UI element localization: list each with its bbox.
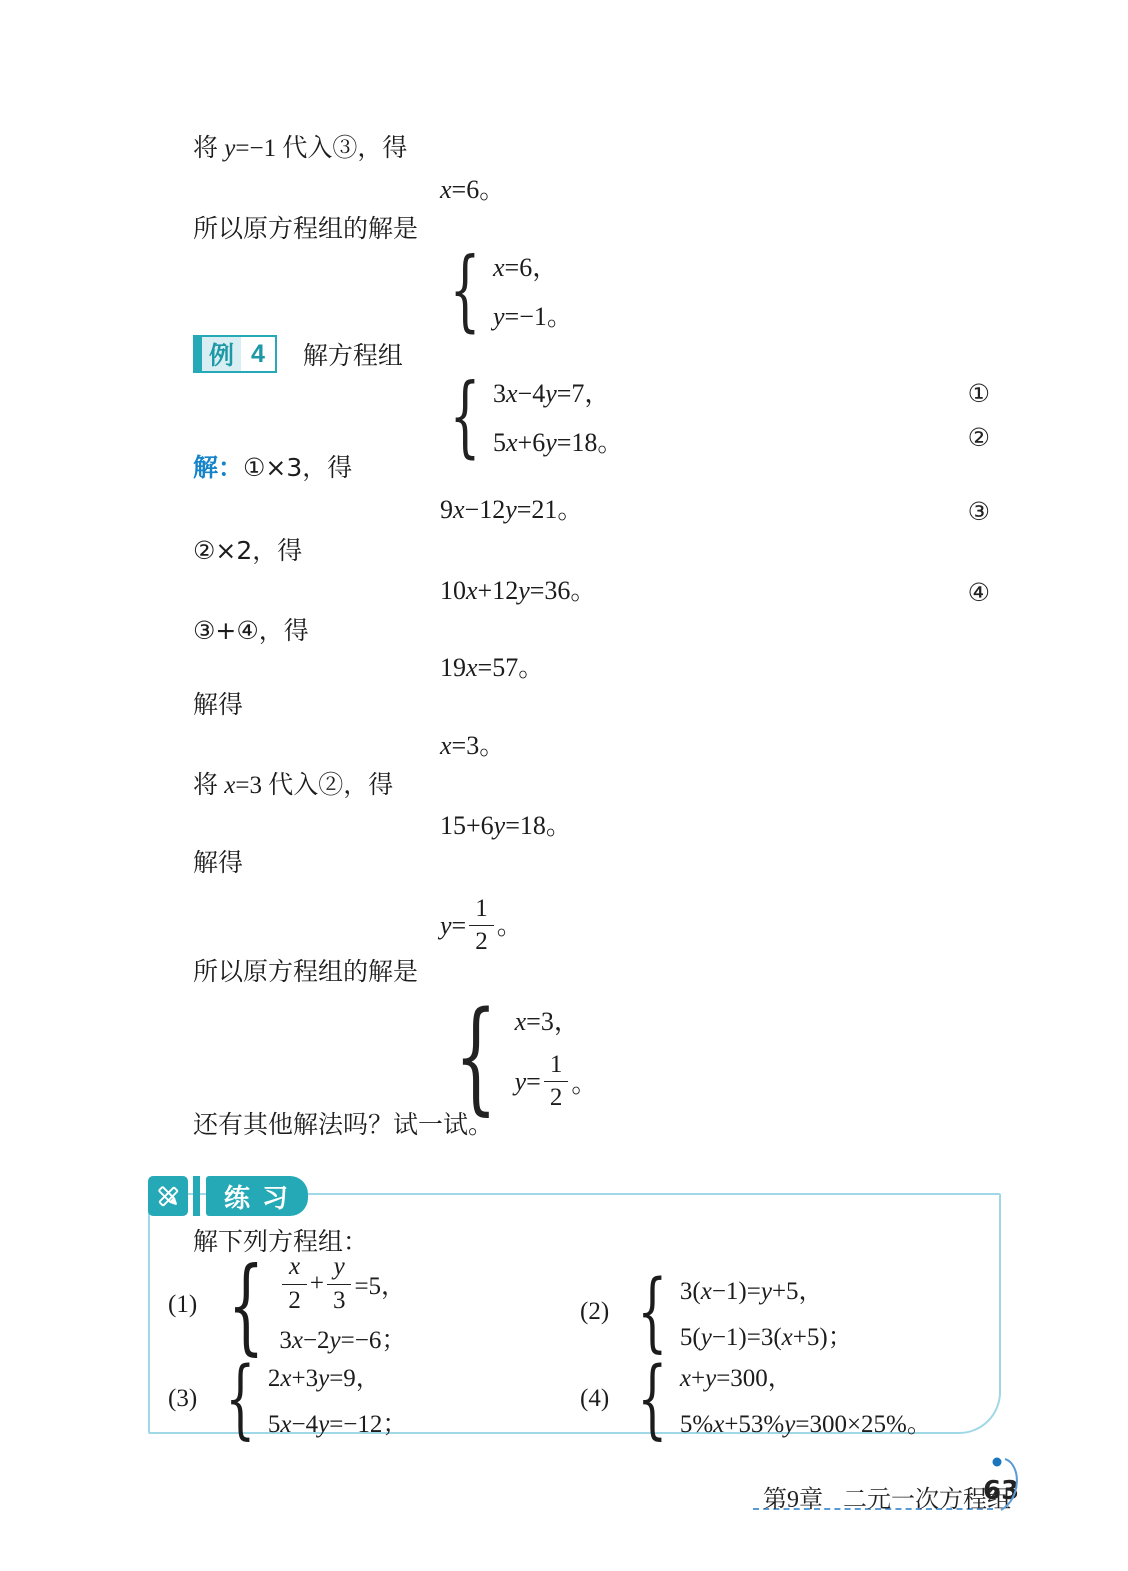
example-title: 解方程组 — [303, 336, 403, 372]
example-badge-label: 例 — [202, 337, 241, 371]
example-badge: 例 4 — [193, 335, 277, 373]
tab-separator — [193, 1176, 200, 1216]
fraction-denominator: 2 — [469, 925, 494, 955]
equation-number-2: ② — [968, 422, 990, 454]
left-brace: { — [228, 1253, 264, 1357]
equation-tail: =5， — [354, 1266, 406, 1302]
system1-line1: x=6， — [493, 247, 573, 284]
item2-line1: 3(x−1)=y+5， — [680, 1271, 853, 1307]
paragraph-substitute-x: 将 x=3 代入②，得 — [193, 770, 393, 802]
item-label: (2) — [580, 1298, 609, 1326]
item3-line1: 2x+3y=9， — [268, 1358, 408, 1394]
equation-3: 9x−12y=21。 — [440, 494, 583, 526]
item4-line1: x+y=300， — [680, 1358, 932, 1394]
paragraph-substitute-y: 将 y=−1 代入③，得 — [193, 133, 407, 165]
item-label: (4) — [580, 1385, 609, 1413]
paragraph-solution-intro-2: 所以原方程组的解是 — [193, 957, 418, 989]
footer-arc-icon — [1001, 1459, 1017, 1510]
fraction: 1 2 — [469, 896, 494, 956]
system3-line1: x=3， — [515, 1001, 598, 1038]
paragraph-solve-step2: ②×2，得 — [193, 535, 302, 567]
left-brace: { — [454, 995, 497, 1117]
paragraph-solution-intro: 所以原方程组的解是 — [193, 214, 418, 246]
paragraph-solve-get-1: 解得 — [193, 690, 243, 722]
equation-row: 19x=57。 — [0, 652, 1128, 686]
item4-line2: 5%x+53%y=300×25%。 — [680, 1404, 932, 1440]
example-header: 例 4 解方程组 — [193, 335, 403, 373]
paragraph-try-other-methods: 还有其他解法吗？试一试。 — [193, 1110, 493, 1142]
practice-tab: 练习 — [148, 1176, 308, 1216]
paragraph-add-equations: ③+④，得 — [193, 615, 309, 647]
equation-y-half: y= 1 2 。 — [440, 896, 523, 956]
system2-line1: 3x−4y=7， — [493, 373, 623, 410]
textbook-page: 将 y=−1 代入③，得 x=6。 所以原方程组的解是 { x=6， y=−1。… — [0, 0, 1128, 1571]
equation-x-equals-6: x=6。 — [440, 174, 505, 206]
fraction-denominator: 2 — [544, 1081, 569, 1111]
equation-row: 10x+12y=36。 — [0, 575, 1128, 609]
system-solution-1: { x=6， y=−1。 — [437, 246, 573, 334]
pencil-ruler-icon — [148, 1176, 188, 1216]
equation-row: x=6。 — [0, 174, 1128, 208]
fraction: 1 2 — [544, 1052, 569, 1112]
practice-item-4: (4) { x+y=300， 5%x+53%y=300×25%。 — [580, 1356, 932, 1442]
paragraph-solve-get-2: 解得 — [193, 848, 243, 880]
fraction: x 2 — [282, 1254, 307, 1314]
item1-line1: x 2 + y 3 =5， — [279, 1254, 406, 1314]
system3-line2: y= 1 2 。 — [515, 1052, 598, 1112]
system-example4: { 3x−4y=7， 5x+6y=18。 — [437, 372, 623, 460]
practice-item-3: (3) { 2x+3y=9， 5x−4y=−12； — [168, 1356, 407, 1442]
system2-line2: 5x+6y=18。 — [493, 422, 623, 459]
plus-sign: + — [310, 1270, 324, 1298]
equation-number-1: ① — [968, 378, 990, 410]
equation-x-equals-3: x=3。 — [440, 730, 505, 762]
fraction-numerator: y — [328, 1254, 351, 1283]
fraction: y 3 — [327, 1254, 352, 1314]
fraction-prefix: y= — [515, 1067, 541, 1097]
left-brace: { — [637, 1356, 667, 1442]
badge-accent-bar — [195, 337, 202, 371]
example-badge-number: 4 — [241, 337, 275, 371]
practice-item-1: (1) { x 2 + y 3 =5， 3x−2y=−6； — [168, 1253, 406, 1357]
fraction-numerator: x — [283, 1254, 306, 1283]
item2-line2: 5(y−1)=3(x+5)； — [680, 1317, 853, 1353]
equation-row-fraction: y= 1 2 。 — [0, 882, 1128, 954]
item3-line2: 5x−4y=−12； — [268, 1404, 408, 1440]
practice-item-2: (2) { 3(x−1)=y+5， 5(y−1)=3(x+5)； — [580, 1269, 853, 1355]
system-solution-2: { x=3， y= 1 2 。 — [437, 995, 597, 1117]
equation-row: 15+6y=18。 — [0, 810, 1128, 844]
left-brace: { — [450, 246, 481, 334]
fraction-prefix: y= — [440, 910, 466, 942]
solve-label: 解： — [193, 455, 243, 482]
solve-step1-text: ①×3，得 — [243, 453, 352, 482]
fraction-denominator: 3 — [327, 1284, 352, 1314]
fraction-numerator: 1 — [544, 1052, 569, 1081]
footer-chapter-title: 第9章二元一次方程组 — [763, 1479, 1011, 1514]
fraction-suffix: 。 — [497, 910, 523, 942]
equation-row: 9x−12y=21。 — [0, 494, 1128, 528]
practice-tab-label: 练习 — [206, 1176, 308, 1216]
equation-row: x=3。 — [0, 730, 1128, 764]
footer-decoration — [985, 1452, 1029, 1523]
equation-15-6y: 15+6y=18。 — [440, 810, 572, 842]
item-label: (3) — [168, 1385, 197, 1413]
footer-chapter: 第9章 — [763, 1487, 823, 1513]
equation-4: 10x+12y=36。 — [440, 575, 596, 607]
fraction-suffix: 。 — [571, 1063, 597, 1100]
equation-number-4: ④ — [968, 577, 990, 609]
item1-line2: 3x−2y=−6； — [279, 1320, 406, 1356]
item-label: (1) — [168, 1291, 197, 1319]
system1-line2: y=−1。 — [493, 296, 573, 333]
footer-dot-icon — [993, 1458, 1002, 1467]
equation-number-3: ③ — [968, 496, 990, 528]
left-brace: { — [225, 1356, 255, 1442]
paragraph-solve-step1: 解：①×3，得 — [193, 452, 352, 485]
left-brace: { — [450, 372, 481, 460]
equation-19x: 19x=57。 — [440, 652, 544, 684]
fraction-numerator: 1 — [469, 896, 494, 925]
left-brace: { — [637, 1269, 667, 1355]
fraction-denominator: 2 — [282, 1284, 307, 1314]
